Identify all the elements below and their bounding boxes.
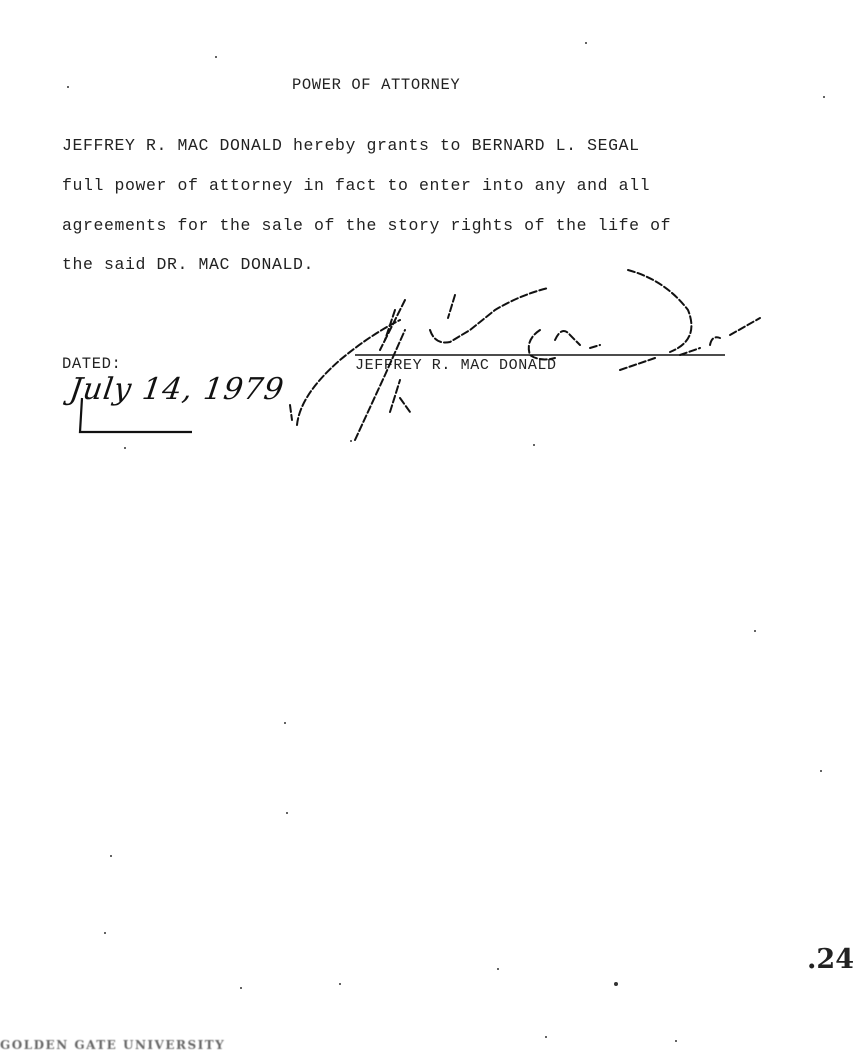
- scan-speck: [754, 630, 756, 632]
- scan-speck: [545, 1036, 547, 1038]
- scan-speck: [350, 440, 352, 442]
- scan-speck: [284, 722, 286, 724]
- scan-speck: [497, 968, 499, 970]
- page-number: .24: [807, 944, 854, 975]
- signature: [0, 0, 860, 1058]
- scan-speck: [110, 855, 112, 857]
- scan-speck: [215, 56, 217, 58]
- footer-stamp: GOLDEN GATE UNIVERSITY: [0, 1038, 225, 1052]
- scan-speck: [823, 96, 825, 98]
- scan-speck: [67, 86, 69, 88]
- scan-speck: [124, 447, 126, 449]
- scan-speck: [104, 932, 106, 934]
- scan-speck: [339, 983, 341, 985]
- scan-speck: [286, 812, 288, 814]
- scan-speck: [240, 987, 242, 989]
- scan-speck: [614, 982, 618, 986]
- scan-speck: [675, 1040, 677, 1042]
- document-page: POWER OF ATTORNEY JEFFREY R. MAC DONALD …: [0, 0, 860, 1058]
- scan-speck: [533, 444, 535, 446]
- scan-speck: [820, 770, 822, 772]
- scan-speck: [585, 42, 587, 44]
